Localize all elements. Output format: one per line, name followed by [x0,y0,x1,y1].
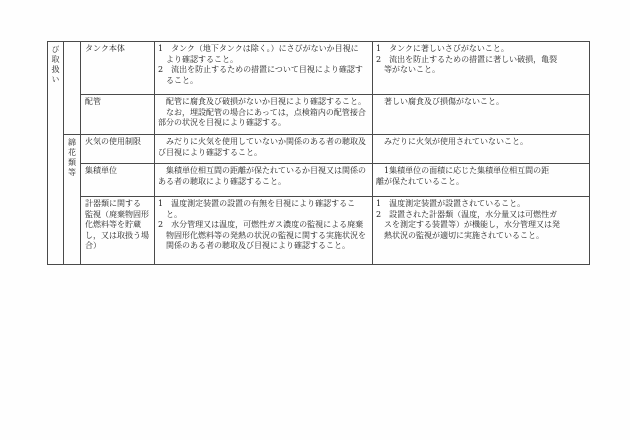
document-page: び取扱い タンク本体 1 タンク（地下タンクは除く。）にさびがないか目視に より… [0,0,630,440]
criteria-cell: みだりに火気が使用されていないこと。 [373,135,590,164]
criteria-text: みだりに火気が使用されていないこと。 [373,135,589,149]
item-cell-instrument-monitoring: 計器類に関する 監視（廃棄物固形 化燃料等を貯蔵 し，又は取扱う場 合） [81,197,155,265]
subcategory-cell-cotton: 綿花類等 [64,135,81,265]
item-cell-tank-body: タンク本体 [81,42,155,95]
method-cell: 集積単位相互間の距離が保たれているか目視又は関係の ある者の聴取により確認するこ… [155,164,373,197]
method-text: 1 タンク（地下タンクは除く。）にさびがないか目視に より確認すること。 2 流… [155,42,372,87]
method-text: 1 温度測定装置の設置の有無を目視により確認するこ と。 2 水分管理又は温度，… [155,197,372,253]
subcategory-cell-empty [64,42,81,135]
criteria-text: 著しい腐食及び損傷がないこと。 [373,95,589,109]
category-cell: び取扱い [48,42,64,265]
item-label: 火気の使用制限 [81,135,154,149]
item-label: タンク本体 [81,42,154,56]
category-vertical-label: び取扱い [49,42,62,85]
criteria-cell: 著しい腐食及び損傷がないこと。 [373,95,590,135]
item-label: 計器類に関する 監視（廃棄物固形 化燃料等を貯蔵 し，又は取扱う場 合） [81,197,154,253]
table-row: 配管 配管に腐食及び破損がないか目視により確認すること。 なお，埋設配管の場合に… [48,95,590,135]
method-text: 配管に腐食及び破損がないか目視により確認すること。 なお，埋設配管の場合にあって… [155,95,372,130]
criteria-text: 1 温度測定装置が設置されていること。 2 設置された計器類（温度，水分量又は可… [373,197,589,242]
item-cell-stacking-unit: 集積単位 [81,164,155,197]
item-cell-fire-restriction: 火気の使用制限 [81,135,155,164]
method-cell: 1 タンク（地下タンクは除く。）にさびがないか目視に より確認すること。 2 流… [155,42,373,95]
criteria-cell: 1 温度測定装置が設置されていること。 2 設置された計器類（温度，水分量又は可… [373,197,590,265]
table-row: 綿花類等 火気の使用制限 みだりに火気を使用していないか関係のある者の聴取及 び… [48,135,590,164]
criteria-cell: 1 タンクに著しいさびがないこと。 2 流出を防止するための措置に著しい破損，亀… [373,42,590,95]
inspection-table: び取扱い タンク本体 1 タンク（地下タンクは除く。）にさびがないか目視に より… [47,41,590,265]
method-text: 集積単位相互間の距離が保たれているか目視又は関係の ある者の聴取により確認するこ… [155,164,372,188]
method-text: みだりに火気を使用していないか関係のある者の聴取及 び目視により確認すること。 [155,135,372,159]
item-cell-piping: 配管 [81,95,155,135]
criteria-cell: 1集積単位の面積に応じた集積単位相互間の距 離が保たれていること。 [373,164,590,197]
criteria-text: 1集積単位の面積に応じた集積単位相互間の距 離が保たれていること。 [373,164,589,188]
method-cell: 配管に腐食及び破損がないか目視により確認すること。 なお，埋設配管の場合にあって… [155,95,373,135]
table-row: び取扱い タンク本体 1 タンク（地下タンクは除く。）にさびがないか目視に より… [48,42,590,95]
item-label: 集積単位 [81,164,154,178]
group-vertical-label: 綿花類等 [66,135,79,178]
table-row: 集積単位 集積単位相互間の距離が保たれているか目視又は関係の ある者の聴取により… [48,164,590,197]
item-label: 配管 [81,95,154,109]
method-cell: みだりに火気を使用していないか関係のある者の聴取及 び目視により確認すること。 [155,135,373,164]
table-row: 計器類に関する 監視（廃棄物固形 化燃料等を貯蔵 し，又は取扱う場 合） 1 温… [48,197,590,265]
criteria-text: 1 タンクに著しいさびがないこと。 2 流出を防止するための措置に著しい破損，亀… [373,42,589,77]
method-cell: 1 温度測定装置の設置の有無を目視により確認するこ と。 2 水分管理又は温度，… [155,197,373,265]
